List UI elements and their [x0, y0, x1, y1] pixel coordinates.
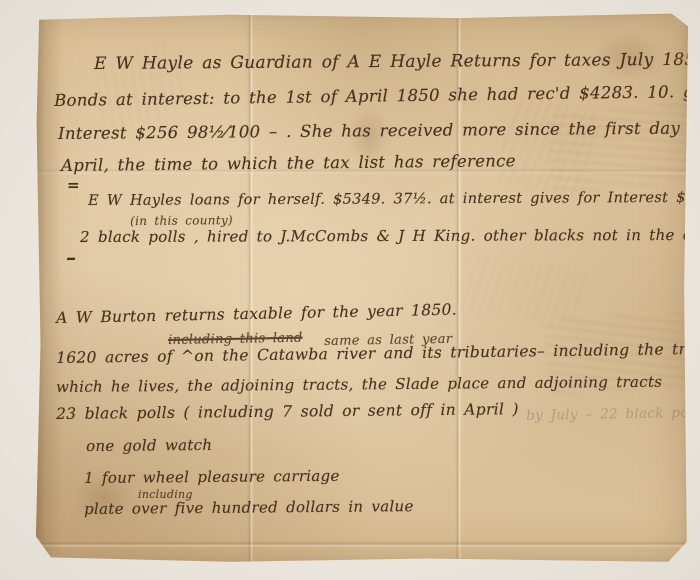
manuscript-line-interline-in-this-county: (in this county) [130, 213, 233, 228]
manuscript-text-layer: E W Hayle as Guardian of A E Hayle Retur… [34, 12, 688, 564]
manuscript-line-loans-line: E W Hayles loans for herself. $5349. 37½… [88, 189, 700, 209]
manuscript-line-margin-mark-2: – [66, 245, 76, 269]
manuscript-line-burton-line: A W Burton returns taxable for the year … [56, 301, 457, 327]
manuscript-line-bonds-line-1: Bonds at interest: to the 1st of April 1… [54, 81, 700, 110]
manuscript-paper: E W Hayle as Guardian of A E Hayle Retur… [34, 12, 688, 564]
manuscript-line-acres-line-1: 1620 acres of ^on the Catawba river and … [56, 339, 700, 367]
document-scan: E W Hayle as Guardian of A E Hayle Retur… [0, 0, 700, 580]
manuscript-line-plate-line: plate over five hundred dollars in value [84, 497, 414, 518]
manuscript-line-margin-mark-1: = [67, 176, 80, 194]
manuscript-line-carriage-line: 1 four wheel pleasure carriage [84, 467, 340, 487]
manuscript-line-acres-line-2: which he lives, the adjoining tracts, th… [56, 373, 662, 396]
manuscript-line-gold-watch-line: one gold watch [86, 436, 212, 455]
manuscript-line-polls-hired-line: 2 black polls , hired to J.McCombs & J H… [80, 226, 700, 246]
manuscript-line-polls-23-line: 23 black polls ( including 7 sold or sen… [56, 400, 519, 423]
manuscript-line-pencil-note: by July – 22 black polls [526, 405, 700, 424]
paper-left-edge-shadow [34, 12, 64, 564]
manuscript-line-bonds-line-3: April, the time to which the tax list ha… [61, 151, 516, 175]
manuscript-line-bonds-line-2: Interest $256 98½⁄100 – . She has receiv… [58, 118, 700, 143]
manuscript-line-title-line: E W Hayle as Guardian of A E Hayle Retur… [94, 50, 700, 74]
